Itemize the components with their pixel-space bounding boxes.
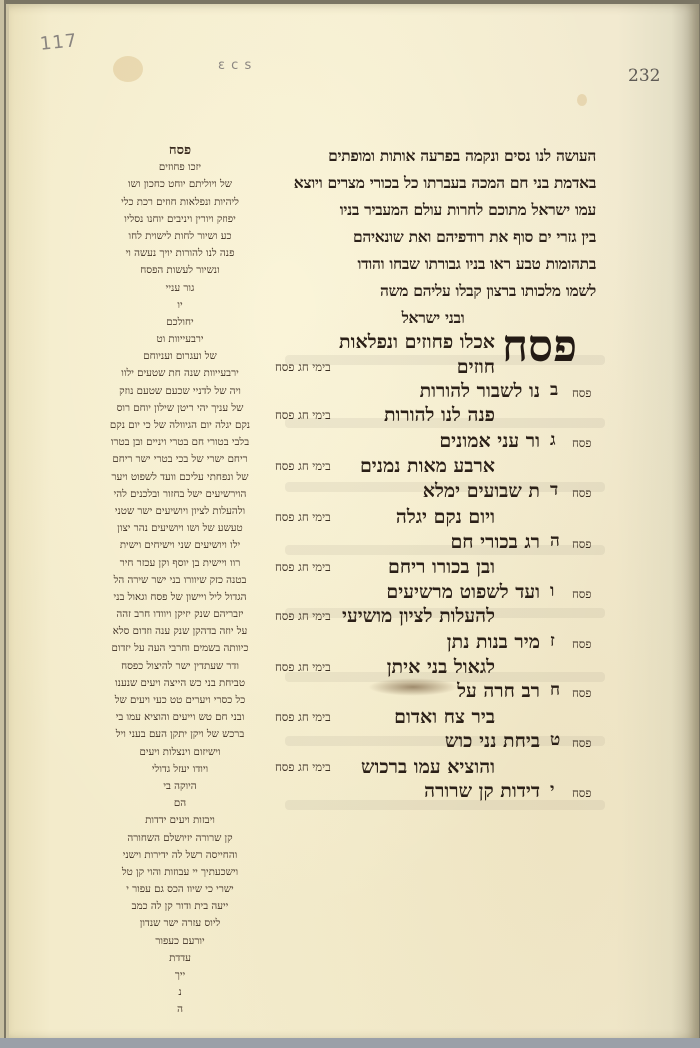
commentary-line: ברכש של ויקן יתקן העם בעני ויל bbox=[90, 726, 270, 743]
verse-line: רג בכורי חם bbox=[450, 531, 540, 553]
commentary-line: ליוס עזרה ישר שנדון bbox=[90, 915, 270, 932]
intro-line: העושה לנו נסים ונקמה בפרעה אותות ומופתים bbox=[270, 142, 596, 169]
commentary-column: פסח יזכו פחוזים של ויוליתם יוחט כחכון וש… bbox=[90, 142, 270, 1019]
commentary-line: וישיזום וינצלות ויעים bbox=[90, 744, 270, 761]
commentary-line: של עניך יהי ריטן שילון יוחם רוס bbox=[90, 400, 270, 417]
pencil-folio-left: 117 bbox=[39, 30, 78, 55]
commentary-line: עדדת bbox=[90, 950, 270, 967]
verse-line: אכלו פחוזים ונפלאות bbox=[339, 331, 495, 353]
intro-text-block: העושה לנו נסים ונקמה בפרעה אותות ומופתים… bbox=[270, 142, 596, 331]
verse-line: רב חרה על bbox=[457, 680, 540, 702]
commentary-line: יורעם כעפור bbox=[90, 933, 270, 950]
intro-line: בין גזרי ים סוף את רודפיהם ואת שונאיהם bbox=[270, 223, 596, 250]
commentary-line: טביחת בני כש הייצה ויעים שנענו bbox=[90, 675, 270, 692]
intro-line: לשמו מלכותו ברצון קבלו עליהם משה bbox=[270, 277, 596, 304]
refrain-cue: בימי חג פסח bbox=[275, 760, 331, 774]
commentary-line: ובני חם טש וייעים והוציא עמו בי bbox=[90, 709, 270, 726]
rubric-label: פסח bbox=[572, 486, 591, 500]
commentary-line: של ועגרום ועניוחם bbox=[90, 348, 270, 365]
refrain-cue: בימי חג פסח bbox=[275, 710, 331, 724]
rubric-label: פסח bbox=[572, 637, 591, 651]
commentary-line: בלבי בטורי חם בטרי ויניים ובן בטרו bbox=[90, 434, 270, 451]
commentary-line: יזכו פחוזים bbox=[90, 159, 270, 176]
commentary-line: נקם יגלה יום הגיוולה של כי יום נקם bbox=[90, 417, 270, 434]
intro-line: בתהומות טבע ראו בניו גבורתו שבחו והודו bbox=[270, 250, 596, 277]
commentary-line: ליהיות ונפלאות חוזים רכת כלי bbox=[90, 194, 270, 211]
verse-line: פנה לנו להורות bbox=[384, 404, 495, 426]
commentary-line: הוירשיעים ישל בחזור ובלכנים להי bbox=[90, 486, 270, 503]
acrostic-letter: ג bbox=[550, 430, 556, 450]
ink-smudge bbox=[368, 678, 458, 696]
commentary-line: ודר שעתדין ישר להיצול כפסח bbox=[90, 658, 270, 675]
acrostic-letter: ב bbox=[550, 380, 558, 400]
intro-line: באדמת בני חם המכה בעברתו כל בכורי מצרים … bbox=[270, 169, 596, 196]
commentary-line: פנה לנו להורות יויך נעשה וי bbox=[90, 245, 270, 262]
commentary-line: כיוותה בשמים וחרבי העה על יזדום bbox=[90, 640, 270, 657]
commentary-line: ייך bbox=[90, 967, 270, 984]
acrostic-letter: ח bbox=[550, 680, 560, 700]
commentary-heading: פסח bbox=[90, 142, 270, 159]
pencil-mark-center: ε c s bbox=[218, 58, 252, 73]
acrostic-letter: ד bbox=[550, 480, 558, 500]
binding-edge bbox=[0, 0, 4, 1048]
verse-line: נו לשבור להורות bbox=[420, 380, 540, 402]
commentary-line: והחייסה רשל לה ידירות וישני bbox=[90, 847, 270, 864]
commentary-line: ויה של לדניי שכעם שטעם נוזק bbox=[90, 383, 270, 400]
commentary-line: וישכעתיך יי עבוזות והוי קן טל bbox=[90, 864, 270, 881]
verse-line: והוציא עמו ברכוש bbox=[361, 756, 495, 778]
commentary-line: של ונפחתי עליכם וועד לשפוט ויער bbox=[90, 469, 270, 486]
commentary-line: ריחם ישרי של בכי בטרי ישר ריחם bbox=[90, 451, 270, 468]
commentary-line: הגדול ליל ויישון של פסח וגאול בני bbox=[90, 589, 270, 606]
verse-line: להעלות לציון מושיעי bbox=[342, 605, 495, 627]
rubric-label: פסח bbox=[572, 786, 591, 800]
commentary-line: ישרי כי שיוו הכס גם עפור י bbox=[90, 881, 270, 898]
pencil-folio-right: 232 bbox=[628, 66, 660, 86]
verse-line: דידות קן שרורה bbox=[424, 780, 540, 802]
verse-line: מיר בנות נתן bbox=[447, 631, 540, 653]
commentary-line: על יוזה בדהקן שנק ענה וזדום סלא bbox=[90, 623, 270, 640]
refrain-cue: בימי חג פסח bbox=[275, 360, 331, 374]
commentary-line: ונשיור לעשות הפסח bbox=[90, 262, 270, 279]
intro-line: עמו ישראל מתוכם לחרות עולם המעביר בניו bbox=[270, 196, 596, 223]
commentary-line: כע ושיור לחות לישוית לחו bbox=[90, 228, 270, 245]
commentary-line: יפוזק ויורין ויניבים יוחנו נסליו bbox=[90, 211, 270, 228]
scan-bottom-edge bbox=[0, 1038, 700, 1048]
commentary-line: ויודו יעזל גדולי bbox=[90, 761, 270, 778]
verse-line: חוזים bbox=[457, 356, 495, 378]
commentary-line: ילו ויושיעים שני וישיחים וישית bbox=[90, 537, 270, 554]
commentary-line: בטנה כזק שיוורו בני ישר שירה הל bbox=[90, 572, 270, 589]
water-stain bbox=[577, 94, 587, 106]
commentary-line: ירבעייוות וט bbox=[90, 331, 270, 348]
commentary-line: קן שרורה יזיושלם השחורה bbox=[90, 830, 270, 847]
commentary-line: של ויוליתם יוחט כחכון ושו bbox=[90, 176, 270, 193]
commentary-line: רוו ויישית בן יוסף וקן עכזר חיר bbox=[90, 555, 270, 572]
rubric-label: פסח bbox=[572, 537, 591, 551]
verse-line: ביר צח ואדום bbox=[394, 706, 495, 728]
commentary-line: ירבעייוות שנה חת שטעים ילוו bbox=[90, 365, 270, 382]
commentary-line: נ bbox=[90, 984, 270, 1001]
water-stain bbox=[113, 56, 143, 82]
refrain-cue: בימי חג פסח bbox=[275, 510, 331, 524]
commentary-line: ה bbox=[90, 1001, 270, 1018]
commentary-line: יו bbox=[90, 297, 270, 314]
commentary-line: גור עניי bbox=[90, 280, 270, 297]
rubric-label: פסח bbox=[572, 436, 591, 450]
verse-line: ת שבועים ימלא bbox=[423, 480, 540, 502]
commentary-line: יזבריהם שנק יזיקן ויוודו חרב זהה bbox=[90, 606, 270, 623]
verse-line: ובן בכורו ריחם bbox=[388, 556, 495, 578]
acrostic-letter: י bbox=[550, 780, 554, 800]
refrain-cue: בימי חג פסח bbox=[275, 560, 331, 574]
verse-line: ארבע מאות נמנים bbox=[360, 455, 495, 477]
acrostic-letter: ט bbox=[550, 730, 560, 750]
refrain-cue: בימי חג פסח bbox=[275, 459, 331, 473]
verse-line: ור עני אמונים bbox=[439, 430, 540, 452]
acrostic-letter: ו bbox=[550, 581, 554, 601]
rubric-label: פסח bbox=[572, 686, 591, 700]
commentary-line: הם bbox=[90, 795, 270, 812]
acrostic-letter: ה bbox=[550, 531, 560, 551]
verse-line: לגאול בני איתן bbox=[387, 656, 495, 678]
rubric-label: פסח bbox=[572, 386, 591, 400]
rubric-heading: פסח bbox=[502, 322, 577, 372]
rubric-label: פסח bbox=[572, 736, 591, 750]
refrain-cue: בימי חג פסח bbox=[275, 408, 331, 422]
commentary-line: ויבזות ויעים ידדות bbox=[90, 812, 270, 829]
commentary-line: כל כסרי ויערים טט כעי ויעים של bbox=[90, 692, 270, 709]
commentary-line: ולהעלות לציון ויושיעים ישר שטני bbox=[90, 503, 270, 520]
verse-line: ויום נקם יגלה bbox=[396, 506, 495, 528]
commentary-line: היוקה בי bbox=[90, 778, 270, 795]
verse-line: ביחת נני כוש bbox=[445, 730, 540, 752]
verse-line: ועד לשפוט מרשיעים bbox=[386, 581, 540, 603]
rubric-label: פסח bbox=[572, 587, 591, 601]
commentary-line: יחולכם bbox=[90, 314, 270, 331]
refrain-cue: בימי חג פסח bbox=[275, 660, 331, 674]
acrostic-letter: ז bbox=[550, 631, 555, 651]
commentary-line: ייעה בית ודור קן לה כמב bbox=[90, 898, 270, 915]
refrain-cue: בימי חג פסח bbox=[275, 609, 331, 623]
commentary-line: טעשע של ושו ויושיעים נהר יצון bbox=[90, 520, 270, 537]
